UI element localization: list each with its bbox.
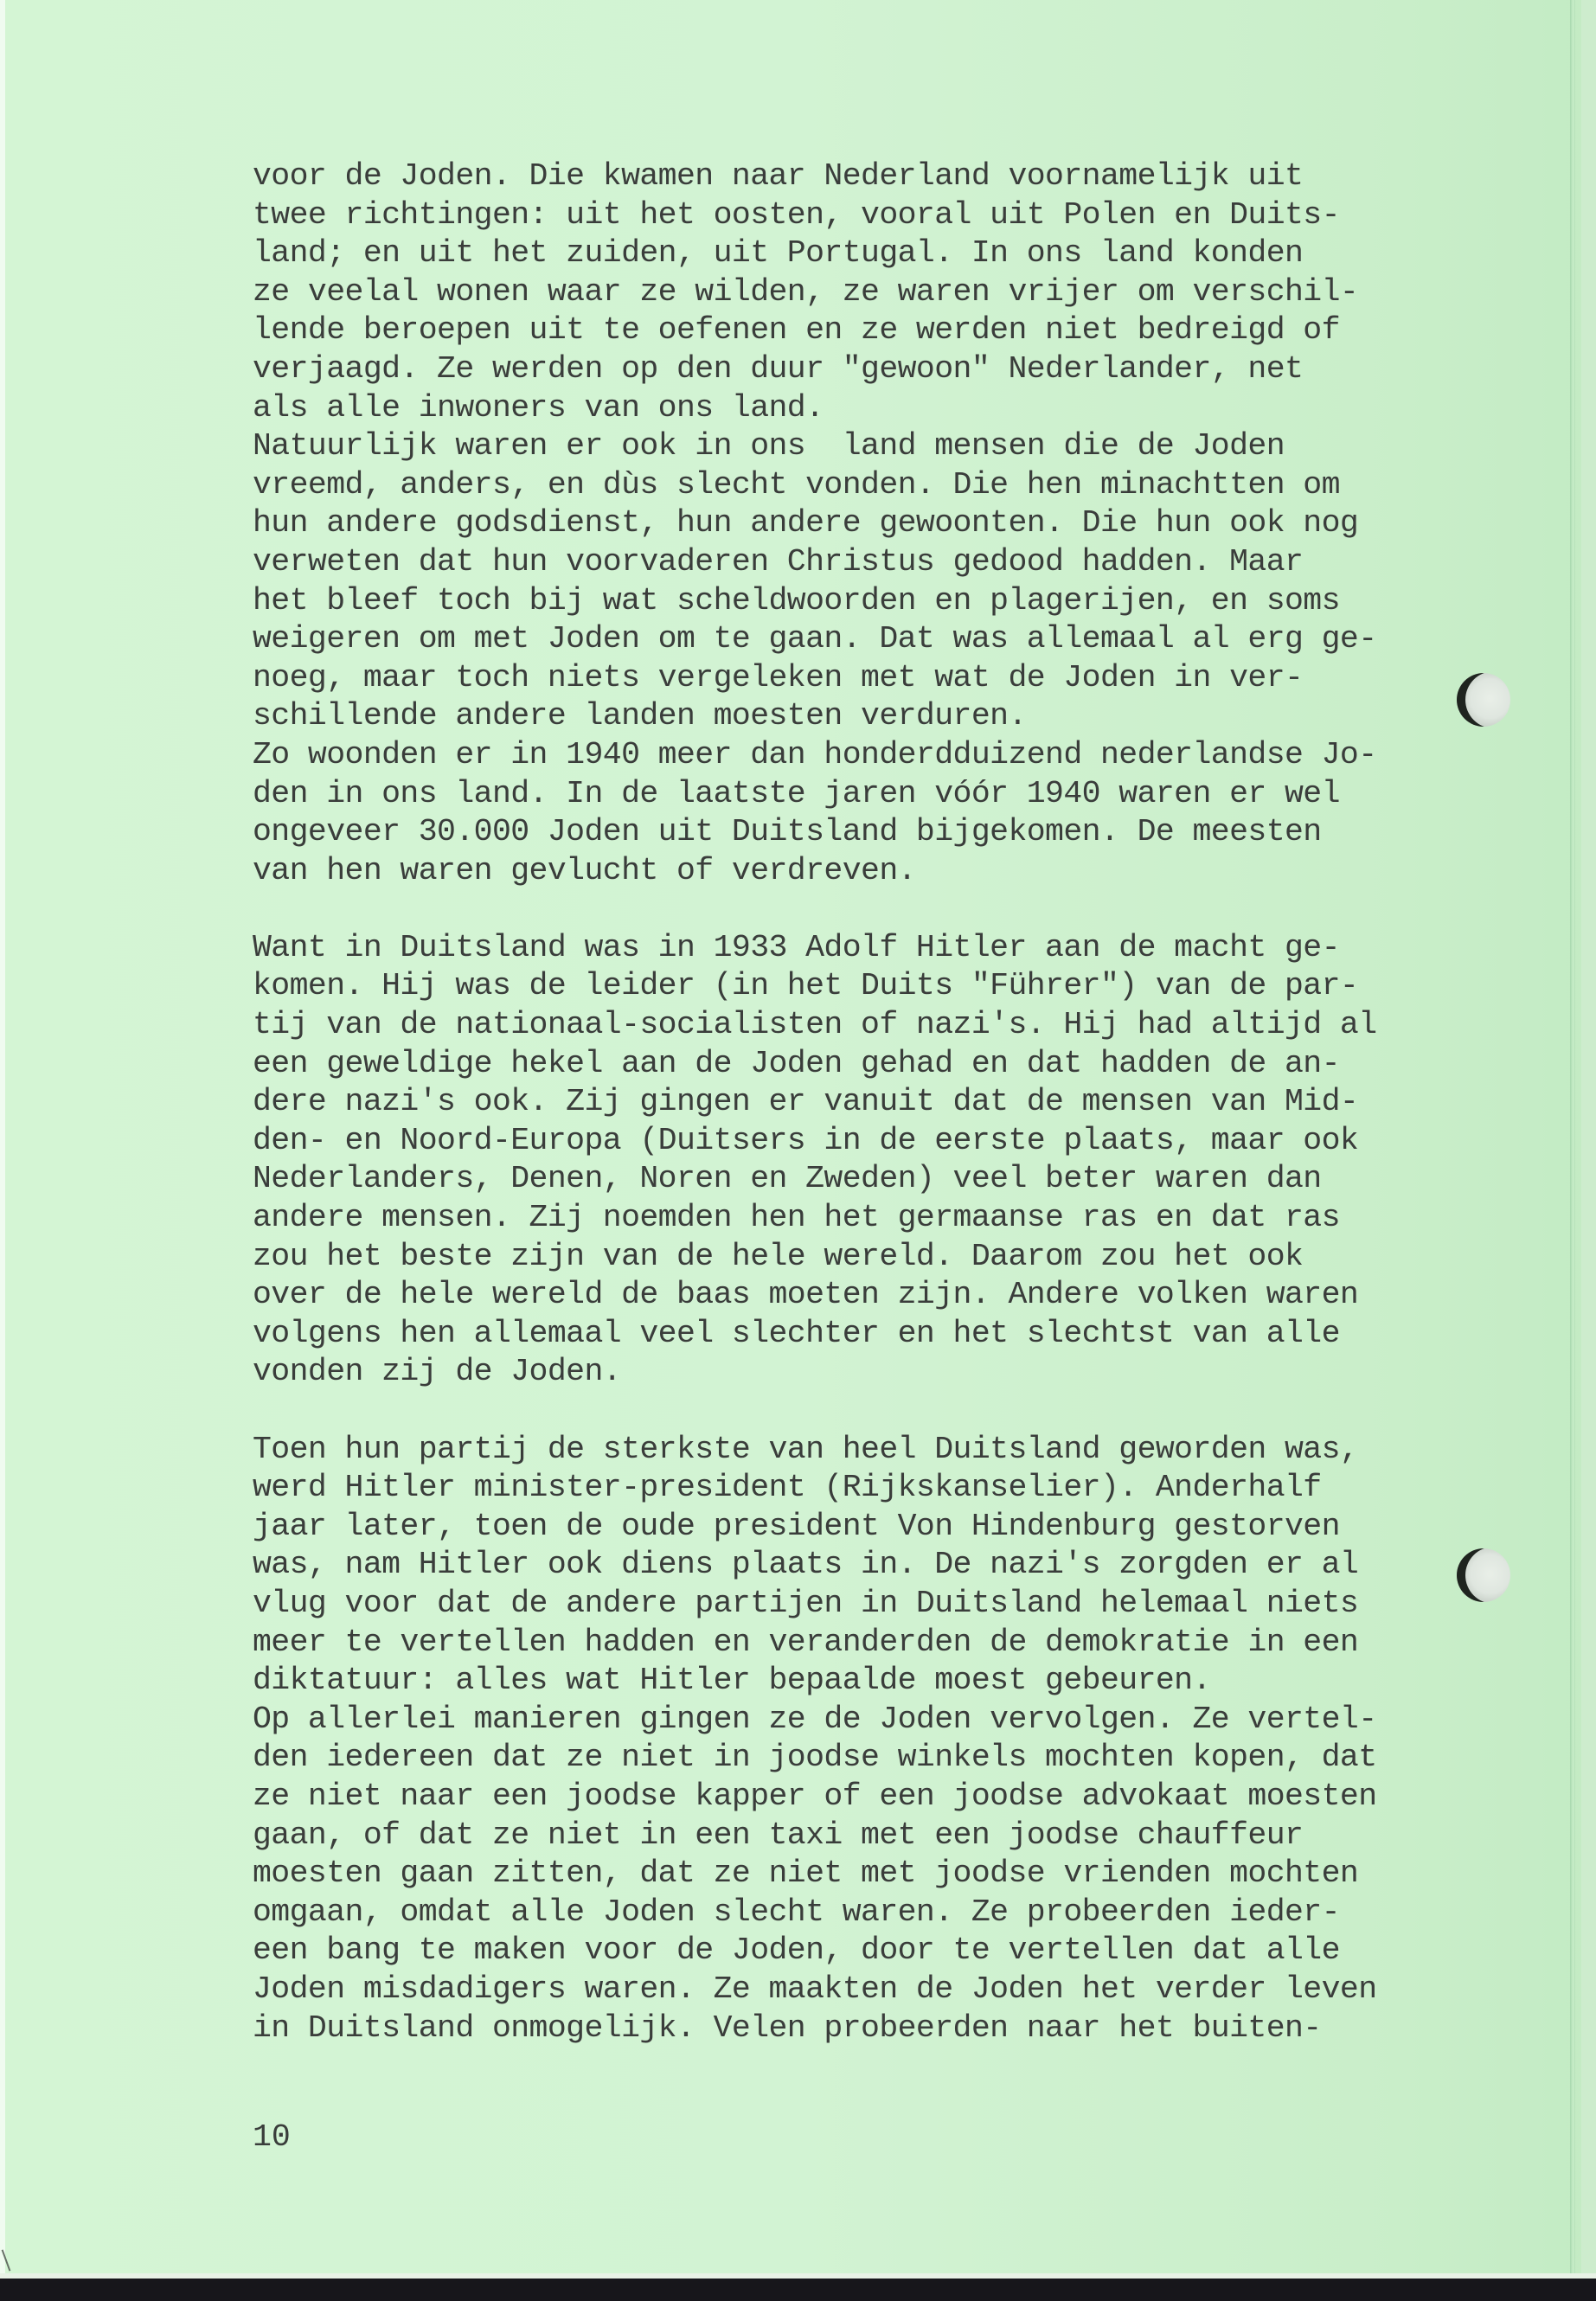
text-line: als alle inwoners van ons land. [253, 389, 1464, 428]
scan-background [0, 2279, 1596, 2301]
text-line: lende beroepen uit te oefenen en ze werd… [253, 311, 1464, 350]
paragraph: Natuurlijk waren er ook in ons land mens… [253, 427, 1464, 736]
text-line: het bleef toch bij wat scheldwoorden en … [253, 582, 1464, 621]
text-line: land; en uit het zuiden, uit Portugal. I… [253, 234, 1464, 273]
text-line: volgens hen allemaal veel slechter en he… [253, 1315, 1464, 1354]
binder-hole-icon [1457, 1548, 1510, 1602]
binder-hole-icon [1457, 673, 1510, 727]
text-line: werd Hitler minister-president (Rijkskan… [253, 1469, 1464, 1508]
text-line: Nederlanders, Denen, Noren en Zweden) ve… [253, 1160, 1464, 1199]
text-line: hun andere godsdienst, hun andere gewoon… [253, 504, 1464, 543]
text-line: ze niet naar een joodse kapper of een jo… [253, 1778, 1464, 1817]
text-line: jaar later, toen de oude president Von H… [253, 1508, 1464, 1547]
text-line: weigeren om met Joden om te gaan. Dat wa… [253, 620, 1464, 659]
text-line: ze veelal wonen waar ze wilden, ze waren… [253, 273, 1464, 312]
text-line: over de hele wereld de baas moeten zijn.… [253, 1276, 1464, 1315]
text-line: dere nazi's ook. Zij gingen er vanuit da… [253, 1083, 1464, 1122]
text-line: voor de Joden. Die kwamen naar Nederland… [253, 157, 1464, 196]
text-line: Natuurlijk waren er ook in ons land mens… [253, 427, 1464, 466]
text-line: twee richtingen: uit het oosten, vooral … [253, 196, 1464, 235]
text-line: zou het beste zijn van de hele wereld. D… [253, 1238, 1464, 1277]
page-right-margin [1581, 0, 1596, 2277]
paragraph-gap [253, 1392, 1464, 1431]
text-line: vreemd, anders, en dùs slecht vonden. Di… [253, 466, 1464, 505]
text-line: den in ons land. In de laatste jaren vóó… [253, 775, 1464, 814]
text-line: vlug voor dat de andere partijen in Duit… [253, 1585, 1464, 1624]
paragraph: Toen hun partij de sterkste van heel Dui… [253, 1431, 1464, 1701]
page-left-edge [0, 0, 5, 2277]
text-line: van hen waren gevlucht of verdreven. [253, 852, 1464, 891]
text-line: Zo woonden er in 1940 meer dan honderddu… [253, 736, 1464, 775]
text-line: een geweldige hekel aan de Joden gehad e… [253, 1045, 1464, 1084]
text-line: in Duitsland onmogelijk. Velen probeerde… [253, 2009, 1464, 2048]
text-line: Toen hun partij de sterkste van heel Dui… [253, 1431, 1464, 1470]
text-line: Want in Duitsland was in 1933 Adolf Hitl… [253, 929, 1464, 968]
text-line: tij van de nationaal-socialisten of nazi… [253, 1006, 1464, 1045]
paragraph: Zo woonden er in 1940 meer dan honderddu… [253, 736, 1464, 890]
text-line: diktatuur: alles wat Hitler bepaalde moe… [253, 1662, 1464, 1701]
text-line: schillende andere landen moesten verdure… [253, 697, 1464, 736]
body-text: voor de Joden. Die kwamen naar Nederland… [253, 157, 1464, 2048]
text-line: Joden misdadigers waren. Ze maakten de J… [253, 1971, 1464, 2009]
text-line: Op allerlei manieren gingen ze de Joden … [253, 1701, 1464, 1740]
text-line: meer te vertellen hadden en veranderden … [253, 1624, 1464, 1663]
text-line: vonden zij de Joden. [253, 1353, 1464, 1392]
text-line: verweten dat hun voorvaderen Christus ge… [253, 543, 1464, 582]
page-number: 10 [253, 2119, 291, 2155]
paragraph: voor de Joden. Die kwamen naar Nederland… [253, 157, 1464, 427]
text-line: den iedereen dat ze niet in joodse winke… [253, 1739, 1464, 1778]
document-page: voor de Joden. Die kwamen naar Nederland… [0, 0, 1596, 2277]
paragraph: Want in Duitsland was in 1933 Adolf Hitl… [253, 929, 1464, 1392]
paragraph: Op allerlei manieren gingen ze de Joden … [253, 1701, 1464, 2048]
text-line: was, nam Hitler ook diens plaats in. De … [253, 1546, 1464, 1585]
text-line: komen. Hij was de leider (in het Duits "… [253, 967, 1464, 1006]
text-line: verjaagd. Ze werden op den duur "gewoon"… [253, 350, 1464, 389]
text-line: andere mensen. Zij noemden hen het germa… [253, 1199, 1464, 1238]
text-line: een bang te maken voor de Joden, door te… [253, 1932, 1464, 1971]
text-line: gaan, of dat ze niet in een taxi met een… [253, 1817, 1464, 1856]
text-line: noeg, maar toch niets vergeleken met wat… [253, 659, 1464, 698]
text-line: ongeveer 30.000 Joden uit Duitsland bijg… [253, 813, 1464, 852]
text-line: omgaan, omdat alle Joden slecht waren. Z… [253, 1894, 1464, 1932]
page-fold-line [1570, 0, 1575, 2277]
paragraph-gap [253, 890, 1464, 929]
text-line: den- en Noord-Europa (Duitsers in de eer… [253, 1122, 1464, 1161]
text-line: moesten gaan zitten, dat ze niet met joo… [253, 1855, 1464, 1894]
